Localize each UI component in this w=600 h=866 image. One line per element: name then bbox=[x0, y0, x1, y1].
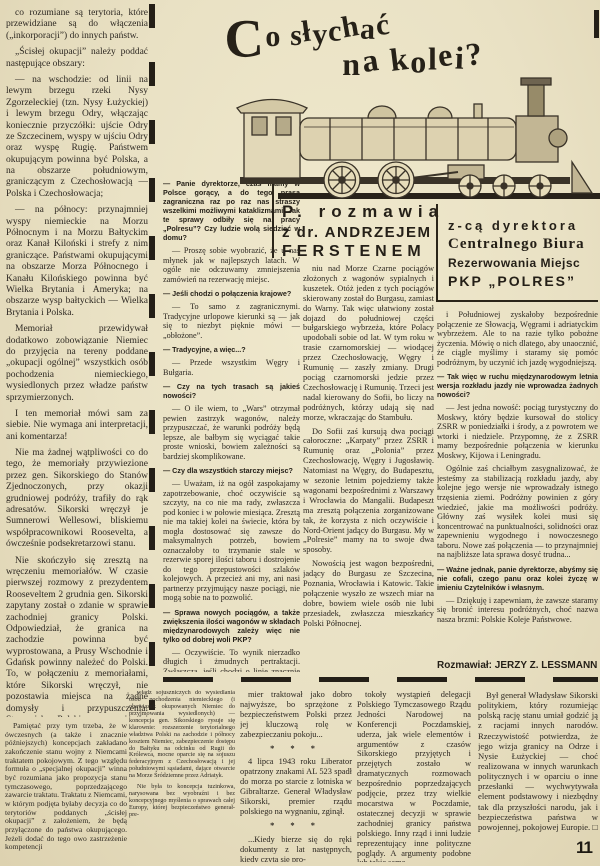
bottom-column-5: Był generał Władysław Sikorski politykie… bbox=[478, 690, 598, 846]
steam-locomotive-icon bbox=[222, 74, 600, 202]
headline-line-2: na kolei? bbox=[341, 36, 485, 83]
article-paragraph: * * * bbox=[240, 744, 352, 754]
article-paragraph: I ten memoriał mówi sam za siebie. Nie w… bbox=[6, 409, 148, 443]
interviewee-heading-line: Rezerwowania Miejsc bbox=[448, 256, 594, 270]
interviewer-heading: P. rozmawia z dr. ANDRZEJEM FERSTENEM bbox=[282, 202, 434, 261]
article-paragraph: władz sojuszniczych do wysiedlania osób … bbox=[129, 690, 235, 780]
interviewee-heading-line: PKP „POLRES” bbox=[448, 273, 594, 289]
interview-column-3: i Południowej zyskałoby bezpośrednie poł… bbox=[437, 310, 598, 662]
interview-paragraph: — Jest jedna nowość: pociąg turystyczny … bbox=[437, 403, 598, 460]
interview-paragraph: i Południowej zyskałoby bezpośrednie poł… bbox=[437, 310, 598, 367]
page-edge-mark bbox=[594, 10, 599, 38]
interview-paragraph: — Proszę sobie wyobrazić, że u nas młyne… bbox=[163, 246, 300, 284]
interview-paragraph: Nowością jest wagon bezpośredni, jadący … bbox=[303, 559, 434, 628]
bottom-column-3: mier traktował jako dobro najwyższe, bo … bbox=[240, 690, 352, 862]
article-paragraph: co rozumiane są terytoria, które przewid… bbox=[6, 8, 148, 42]
page-number: 11 bbox=[576, 838, 592, 858]
vertical-dashed-divider bbox=[149, 4, 155, 710]
interview-paragraph: — Dziękuję i zapewniam, że zawsze staram… bbox=[437, 596, 598, 625]
steam-locomotive-illustration bbox=[222, 74, 600, 207]
article-paragraph: tokoły wystąpień delegacji Polskiego Tym… bbox=[357, 690, 471, 862]
article-paragraph: mier traktował jako dobro najwyższe, bo … bbox=[240, 690, 352, 740]
interviewee-heading-line: z-cą dyrektora bbox=[448, 218, 594, 233]
article-paragraph: Nie była to koncepcja tuzinkowa, narysow… bbox=[129, 784, 235, 819]
bottom-column-2: władz sojuszniczych do wysiedlania osób … bbox=[129, 690, 235, 862]
interview-paragraph: — Uważam, iż na ogół zaspokajamy zapotrz… bbox=[163, 479, 300, 603]
article-paragraph: Memoriał przewidywał dodatkowo zobowiąza… bbox=[6, 324, 148, 404]
article-paragraph: * * * bbox=[240, 821, 352, 831]
article-paragraph: ...Kiedy bierze się do ręki dokumenty z … bbox=[240, 835, 352, 862]
interviewer-heading-line-3: FERSTENEM bbox=[282, 243, 434, 261]
article-paragraph: Nie skończyło się zresztą na wręczeniu m… bbox=[6, 556, 148, 717]
interview-paragraph: — Oczywiście. To wynik nierzadko długich… bbox=[163, 648, 300, 672]
interview-paragraph: — Tak więc w ruchu międzynarodowym letni… bbox=[437, 372, 598, 399]
bottom-column-1: Pamiętać przy tym trzeba, że w ówczesnyc… bbox=[5, 722, 127, 862]
interview-paragraph: — To samo z zagranicznymi. Tradycyjne ur… bbox=[163, 302, 300, 340]
interview-signature: Rozmawiał: JERZY Z. LESSMANN bbox=[437, 660, 598, 671]
interview-paragraph: — O ile wiem, to „Wars” otrzymał pewien … bbox=[163, 404, 300, 461]
article-paragraph: Pamiętać przy tym trzeba, że w ówczesnyc… bbox=[5, 722, 127, 852]
interviewee-heading-line: Centralnego Biura bbox=[448, 236, 594, 253]
article-paragraph: — na północy: przynajmniej wyspy niemiec… bbox=[6, 205, 148, 319]
interview-paragraph: — Sprawa nowych pociągów, a także zwięks… bbox=[163, 608, 300, 644]
interview-column-2: niu nad Morze Czarne pociągów złożonych … bbox=[303, 264, 434, 670]
article-paragraph: 4 lipca 1943 roku Liberator opatrzony zn… bbox=[240, 757, 352, 816]
interview-paragraph: — Przede wszystkim Węgry i Bułgaria. bbox=[163, 358, 300, 377]
article-paragraph: Był generał Władysław Sikorski politykie… bbox=[478, 690, 598, 832]
article-paragraph: — na wschodzie: od linii na lewym brzegu… bbox=[6, 75, 148, 200]
interviewee-heading: z-cą dyrektora Centralnego Biura Rezerwo… bbox=[436, 204, 598, 302]
interview-paragraph: Do Sofii zaś kursują dwa pociągi całoroc… bbox=[303, 427, 434, 556]
interview-paragraph: — Jeśli chodzi o połączenia krajowe? bbox=[163, 289, 300, 298]
interview-paragraph: niu nad Morze Czarne pociągów złożonych … bbox=[303, 264, 434, 423]
magazine-page: Co słychać na kolei? bbox=[0, 0, 600, 866]
left-article-column: co rozumiane są terytoria, które przewid… bbox=[6, 8, 148, 717]
headline: Co słychać na kolei? bbox=[224, 8, 484, 78]
interviewer-heading-line-2: z dr. ANDRZEJEM bbox=[282, 224, 434, 241]
headline-dropcap: C bbox=[223, 17, 265, 62]
interview-paragraph: — Czy dla wszystkich starczy miejsc? bbox=[163, 466, 300, 475]
article-paragraph: Nie ma żadnej wątpliwości co do tego, że… bbox=[6, 448, 148, 551]
interview-paragraph: — Tradycyjne, a więc...? bbox=[163, 345, 300, 354]
horizontal-dashed-divider bbox=[163, 677, 598, 682]
interview-paragraph: — Ważne jednak, panie dyrektorze, abyśmy… bbox=[437, 565, 598, 592]
interview-column-1: — Panie dyrektorze, czas mamy w Polsce g… bbox=[163, 174, 300, 672]
article-paragraph: „Ścisłej okupacji” należy poddać następu… bbox=[6, 47, 148, 70]
interview-paragraph: Ogólnie zaś chciałbym zasygnalizować, że… bbox=[437, 464, 598, 559]
interview-paragraph: — Czy na tych trasach są jakieś nowości? bbox=[163, 382, 300, 400]
bottom-column-4: tokoły wystąpień delegacji Polskiego Tym… bbox=[357, 690, 471, 862]
